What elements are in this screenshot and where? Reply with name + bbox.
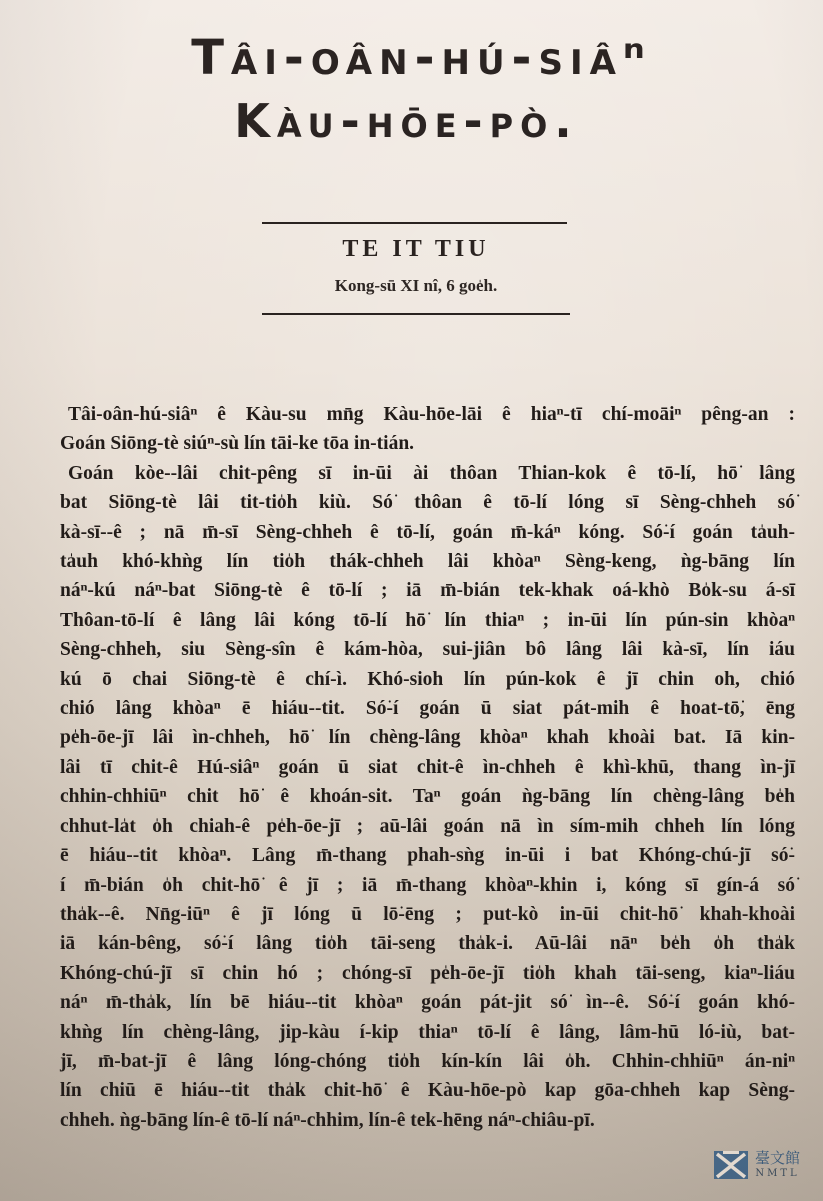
text-line: chhin-chhiūⁿ chit hō͘ ê khoán-sit. Taⁿ g… <box>60 782 795 811</box>
top-divider-rule <box>262 222 567 224</box>
text-line: í m̄-bián o̍h chit-hō͘ ê jī ; iā m̄-than… <box>60 871 795 900</box>
text-line: kú ō chai Siōng-tè ê chí-ì. Khó-sioh lín… <box>60 665 795 694</box>
text-line: chheh. ǹg-bāng lín-ê tō-lí náⁿ-chhim, lí… <box>60 1106 795 1135</box>
text-line: ē hiáu--tit khòaⁿ. Lâng m̄-thang phah-sǹ… <box>60 841 795 870</box>
text-line: tha̍k--ê. Nn̄g-iūⁿ ê jī lóng ū lō͘-ēng ;… <box>60 900 795 929</box>
text-line: kà-sī--ê ; nā m̄-sī Sèng-chheh ê tō-lí, … <box>60 518 795 547</box>
logo-latin-text: NMTL <box>755 1167 799 1181</box>
text-line: chió lâng khòaⁿ ē hiáu--tit. Só͘-í goán … <box>60 694 795 723</box>
issue-number: TE IT TIU <box>262 236 570 263</box>
text-line: ta̍uh khó-khǹg lín tio̍h thák-chheh lâi … <box>60 547 795 576</box>
text-line: Tâi-oân-hú-siâⁿ ê Kàu-su mn̄g Kàu-hōe-lā… <box>60 400 795 429</box>
text-line: náⁿ m̄-tha̍k, lín bē hiáu--tit khòaⁿ goá… <box>60 988 795 1017</box>
text-line: Thôan-tō-lí ê lâng lâi kóng tō-lí hō͘ lí… <box>60 606 795 635</box>
text-line: chhut-la̍t o̍h chiah-ê pe̍h-ōe-jī ; aū-l… <box>60 812 795 841</box>
text-line: bat Siōng-tè lâi tit-tio̍h kiù. Só͘ thôa… <box>60 488 795 517</box>
scanned-page: Tâi-oân-hú-siâⁿ Kàu-hōe-pò. TE IT TIU Ko… <box>0 0 823 1201</box>
text-line: iā kán-bêng, só͘-í lâng tio̍h tāi-seng t… <box>60 929 795 958</box>
issue-date: Kong-sū XI nî, 6 goe̍h. <box>262 276 570 296</box>
text-line: Goán kòe--lâi chit-pêng sī in-ūi ài thôa… <box>60 459 795 488</box>
text-line: jī, m̄-bat-jī ê lâng lóng-chóng tio̍h kí… <box>60 1047 795 1076</box>
nmtl-watermark-logo: 臺文館 NMTL <box>713 1143 818 1187</box>
text-line: Khóng-chú-jī sī chin hó ; chóng-sī pe̍h-… <box>60 959 795 988</box>
text-line: pe̍h-ōe-jī lâi ìn-chheh, hō͘ lín chèng-l… <box>60 723 795 752</box>
masthead-title-line-1: Tâi-oân-hú-siâⁿ <box>20 30 823 86</box>
text-line: Sèng-chheh, siu Sèng-sîn ê kám-hòa, sui-… <box>60 635 795 664</box>
logo-text-block: 臺文館 NMTL <box>755 1149 800 1181</box>
bottom-divider-rule <box>262 313 570 315</box>
text-line: lâi tī chit-ê Hú-siâⁿ goán ū siat chit-ê… <box>60 753 795 782</box>
logo-cjk-text: 臺文館 <box>755 1149 800 1167</box>
text-line: Goán Siōng-tè siúⁿ-sù lín tāi-ke tōa in-… <box>60 429 795 458</box>
masthead-title-line-2: Kàu-hōe-pò. <box>0 94 823 148</box>
nmtl-logo-icon <box>713 1149 749 1181</box>
text-line: khǹg lín chèng-lâng, jip-kàu í-kip thiaⁿ… <box>60 1018 795 1047</box>
paragraph-greeting: Tâi-oân-hú-siâⁿ ê Kàu-su mn̄g Kàu-hōe-lā… <box>60 400 795 459</box>
text-line: náⁿ-kú náⁿ-bat Siōng-tè ê tō-lí ; iā m̄-… <box>60 576 795 605</box>
paragraph-main: Goán kòe--lâi chit-pêng sī in-ūi ài thôa… <box>60 459 795 1135</box>
text-line: lín chiū ē hiáu--tit tha̍k chit-hō͘ ê Kà… <box>60 1076 795 1105</box>
article-body: Tâi-oân-hú-siâⁿ ê Kàu-su mn̄g Kàu-hōe-lā… <box>60 400 795 1135</box>
